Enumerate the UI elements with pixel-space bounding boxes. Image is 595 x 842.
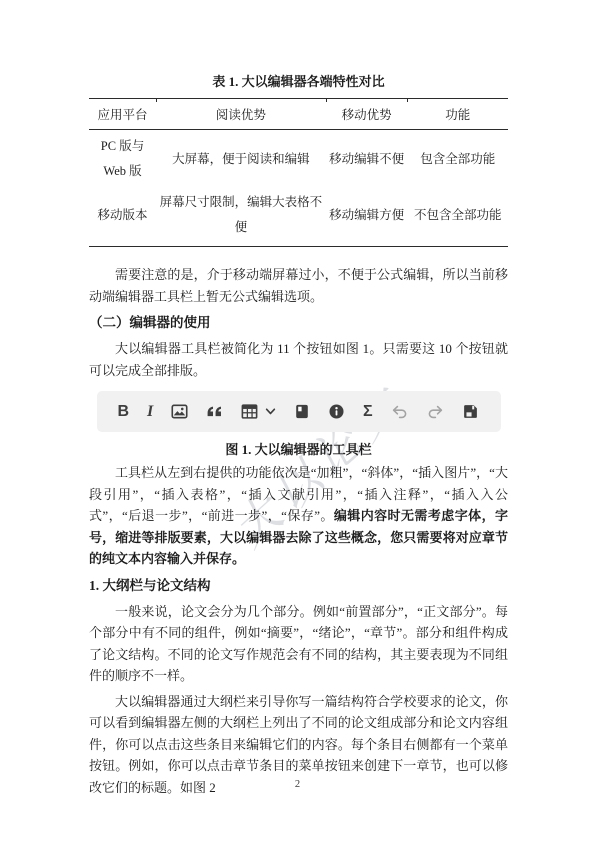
bold-icon: B xyxy=(118,402,130,422)
info-note-icon xyxy=(328,402,345,422)
cell-features: 不包含全部功能 xyxy=(407,187,508,247)
citation-book-icon xyxy=(294,402,310,422)
formula-sigma-icon: Σ xyxy=(363,402,373,422)
col-header-platform: 应用平台 xyxy=(89,99,156,130)
italic-icon: I xyxy=(147,402,153,422)
table-column-tick xyxy=(407,98,408,102)
col-header-features: 功能 xyxy=(407,99,508,130)
paragraph-toolbar-functions: 工具栏从左到右提供的功能依次是“加粗”，“斜体”，“插入图片”，“大段引用”，“… xyxy=(89,462,508,570)
col-header-reading: 阅读优势 xyxy=(156,99,326,130)
cell-platform: PC 版与 Web 版 xyxy=(89,130,156,188)
table-column-tick xyxy=(326,98,327,102)
redo-icon xyxy=(426,402,444,422)
table-column-tick xyxy=(156,98,157,102)
table-caption: 表 1. 大以编辑器各端特性对比 xyxy=(89,71,508,90)
undo-icon xyxy=(391,402,409,422)
table-header-row: 应用平台 阅读优势 移动优势 功能 xyxy=(89,99,508,130)
insert-table-icon xyxy=(241,402,258,422)
cell-platform-line2: Web 版 xyxy=(91,159,154,184)
insert-image-icon xyxy=(171,402,188,422)
figure-caption: 图 1. 大以编辑器的工具栏 xyxy=(89,439,508,458)
heading-outline-structure: 1. 大纲栏与论文结构 xyxy=(89,575,508,597)
table-row: PC 版与 Web 版 大屏幕，便于阅读和编辑 移动编辑不便 包含全部功能 xyxy=(89,130,508,188)
col-header-mobile: 移动优势 xyxy=(326,99,408,130)
cell-mobile: 移动编辑方便 xyxy=(326,187,408,247)
save-icon xyxy=(462,402,479,422)
table-row: 移动版本 屏幕尺寸限制，编辑大表格不便 移动编辑方便 不包含全部功能 xyxy=(89,187,508,247)
editor-toolbar-figure: B I xyxy=(97,391,501,432)
cell-mobile: 移动编辑不便 xyxy=(326,130,408,188)
heading-editor-usage: （二）编辑器的使用 xyxy=(89,312,508,334)
cell-features: 包含全部功能 xyxy=(407,130,508,188)
cell-platform: 移动版本 xyxy=(89,187,156,247)
cell-platform-line1: PC 版与 xyxy=(91,134,154,159)
paragraph-structure: 一般来说，论文会分为几个部分。例如“前置部分”，“正文部分”。每个部分中有不同的… xyxy=(89,601,508,687)
paragraph-toolbar-intro: 大以编辑器工具栏被简化为 11 个按钮如图 1。只需要这 10 个按钮就可以完成… xyxy=(89,338,508,381)
insert-table-group xyxy=(241,402,276,422)
document-page: 大以论文 表 1. 大以编辑器各端特性对比 应用平台 阅读优势 移动优势 功能 xyxy=(0,0,595,842)
cell-reading: 屏幕尺寸限制，编辑大表格不便 xyxy=(156,187,326,247)
block-quote-icon xyxy=(206,402,223,422)
chevron-down-icon xyxy=(265,402,276,422)
page-content: 表 1. 大以编辑器各端特性对比 应用平台 阅读优势 移动优势 功能 xyxy=(0,0,595,798)
cell-reading: 大屏幕，便于阅读和编辑 xyxy=(156,130,326,188)
comparison-table-wrapper: 应用平台 阅读优势 移动优势 功能 PC 版与 Web 版 大屏幕，便于阅读和编… xyxy=(89,98,508,247)
page-number: 2 xyxy=(0,779,595,790)
comparison-table: 应用平台 阅读优势 移动优势 功能 PC 版与 Web 版 大屏幕，便于阅读和编… xyxy=(89,98,508,247)
paragraph-note: 需要注意的是，介于移动端屏幕过小，不便于公式编辑，所以当前移动端编辑器工具栏上暂… xyxy=(89,264,508,307)
